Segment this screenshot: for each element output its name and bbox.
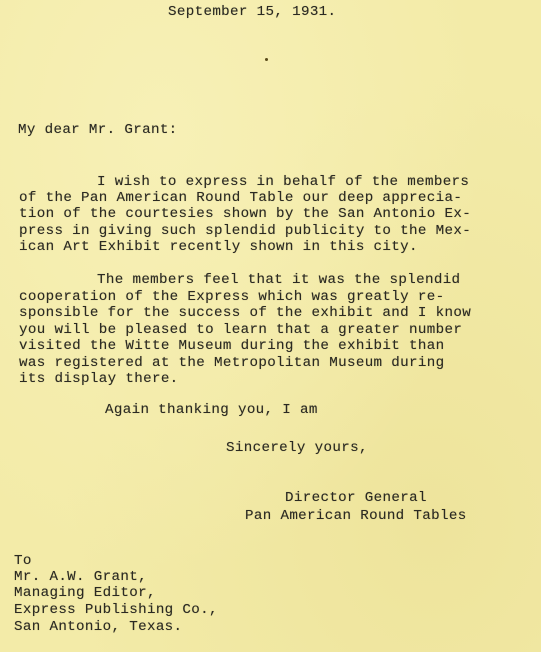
recipient-line: To bbox=[14, 553, 32, 569]
paragraph2-line: visited the Witte Museum during the exhi… bbox=[19, 338, 444, 354]
paragraph1-line: press in giving such splendid publicity … bbox=[19, 223, 471, 239]
recipient-line: Managing Editor, bbox=[14, 585, 156, 601]
closing-line: Again thanking you, I am bbox=[105, 402, 318, 418]
recipient-line: San Antonio, Texas. bbox=[14, 619, 182, 635]
paragraph2-line: you will be pleased to learn that a grea… bbox=[19, 322, 462, 338]
paragraph2-line: cooperation of the Express which was gre… bbox=[19, 289, 444, 305]
signature-title: Director General bbox=[285, 490, 427, 506]
recipient-line: Express Publishing Co., bbox=[14, 602, 218, 618]
paragraph1-line: ican Art Exhibit recently shown in this … bbox=[19, 239, 418, 255]
recipient-line: Mr. A.W. Grant, bbox=[14, 569, 147, 585]
signature-organization: Pan American Round Tables bbox=[245, 508, 467, 524]
paragraph2-line: sponsible for the success of the exhibit… bbox=[19, 305, 471, 321]
paragraph1-line: of the Pan American Round Table our deep… bbox=[19, 190, 462, 206]
ink-speck bbox=[265, 58, 268, 61]
paragraph2-line: was registered at the Metropolitan Museu… bbox=[19, 355, 444, 371]
paragraph2-line: its display there. bbox=[19, 371, 179, 387]
complimentary-close: Sincerely yours, bbox=[226, 440, 368, 456]
salutation: My dear Mr. Grant: bbox=[18, 122, 178, 138]
letter-date: September 15, 1931. bbox=[168, 4, 336, 20]
paragraph1-line: I wish to express in behalf of the membe… bbox=[97, 174, 469, 190]
paragraph2-line: The members feel that it was the splendi… bbox=[97, 272, 460, 288]
paragraph1-line: tion of the courtesies shown by the San … bbox=[19, 206, 471, 222]
